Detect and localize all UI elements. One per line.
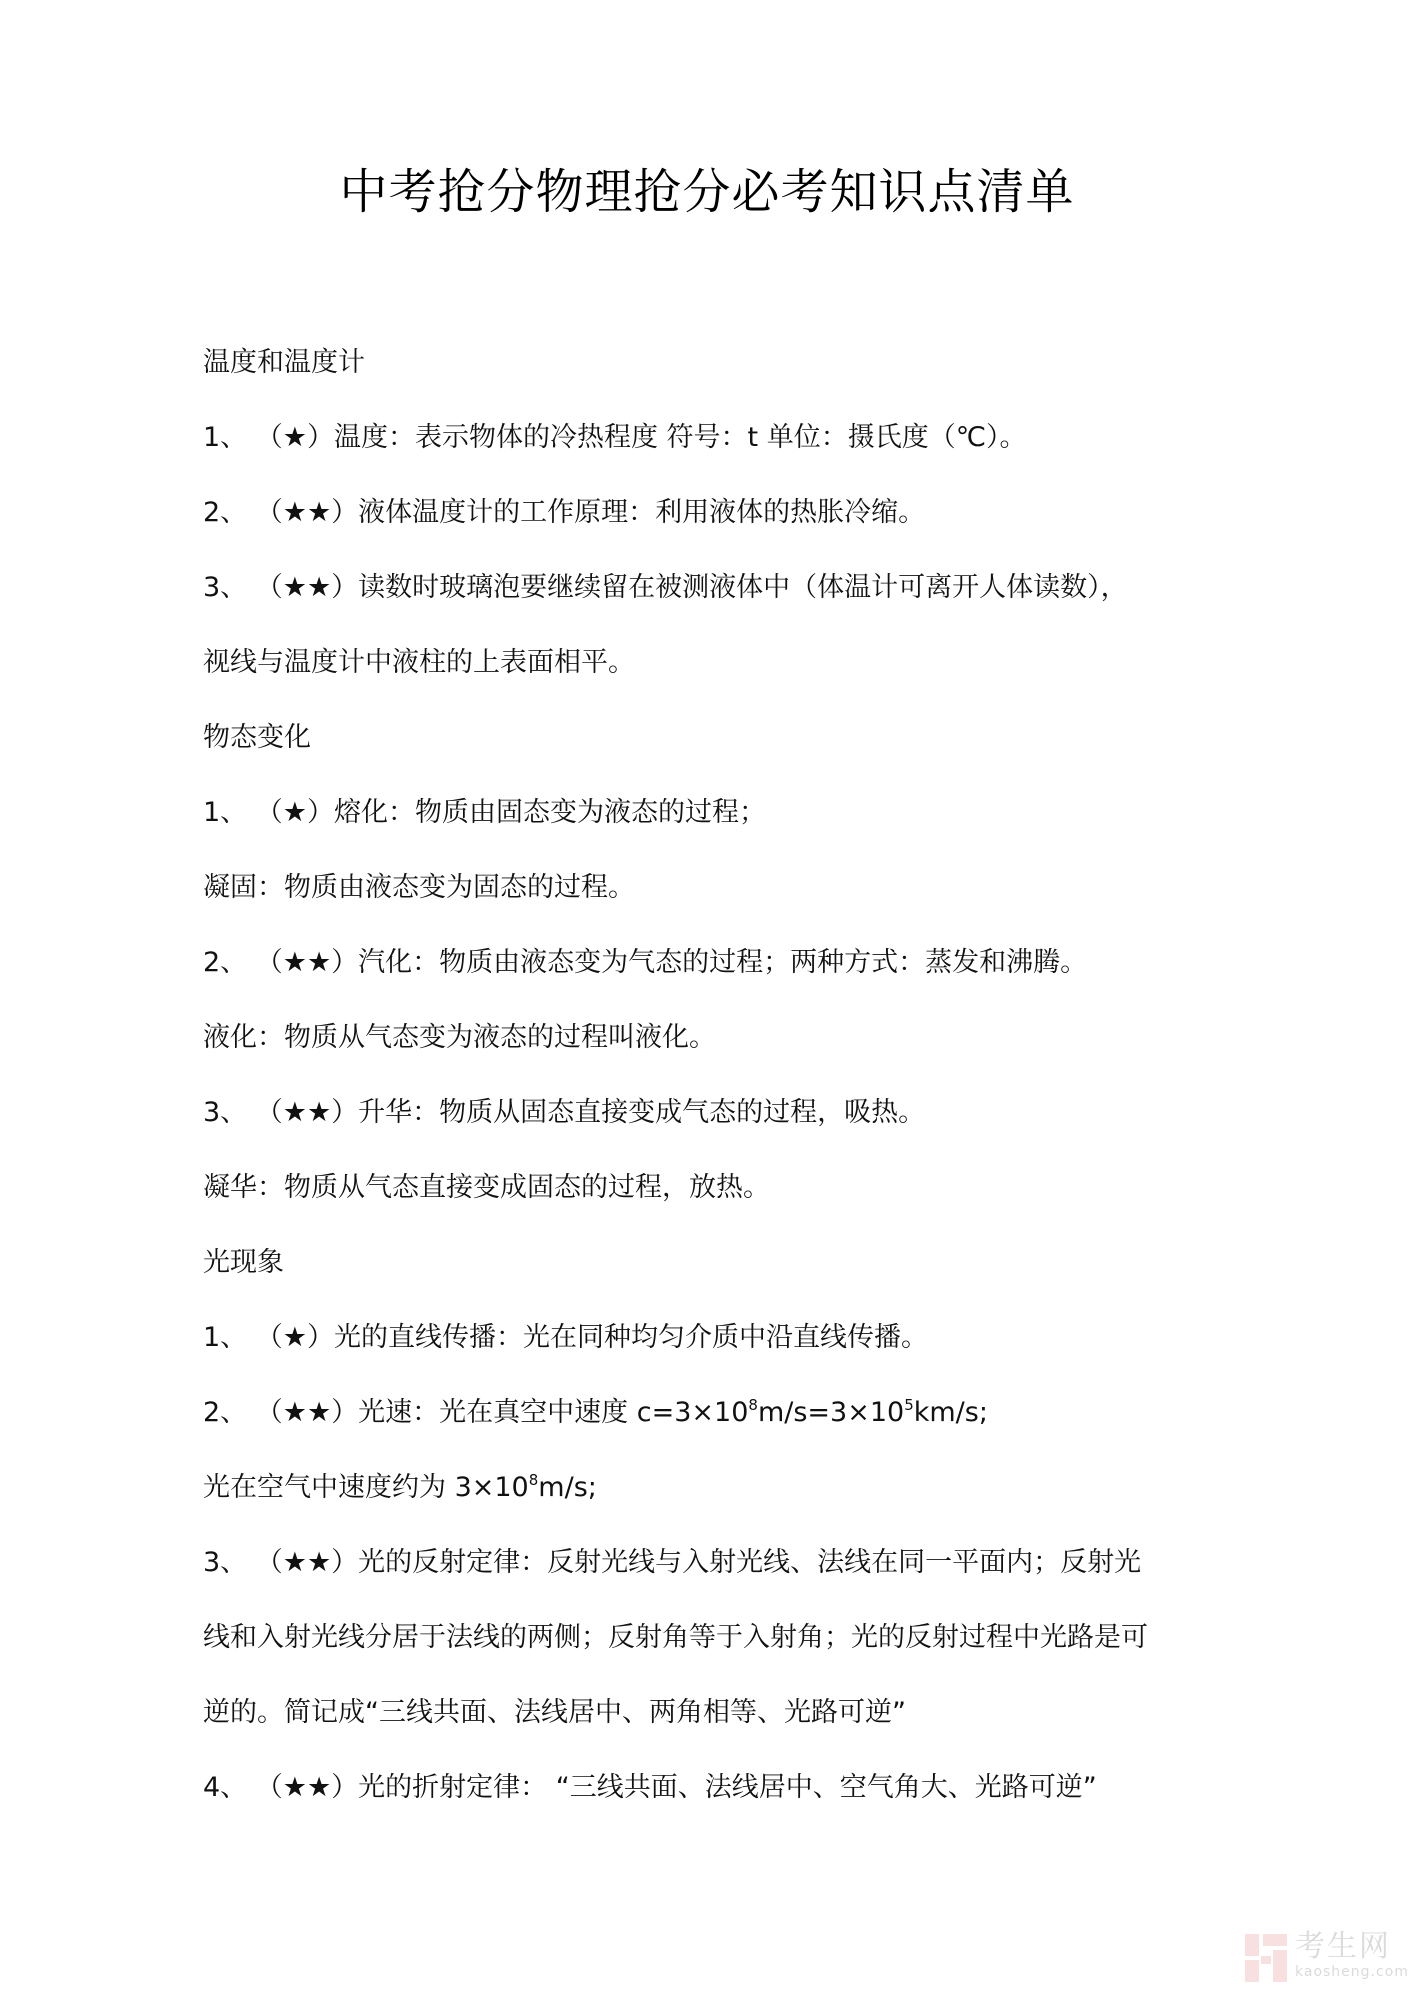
light-speed-suffix: km/s; bbox=[914, 1397, 988, 1428]
list-item-continuation: 逆的。简记成“三线共面、法线居中、两角相等、光路可逆” bbox=[203, 1675, 1213, 1750]
list-item: 2、 （★★）液体温度计的工作原理：利用液体的热胀冷缩。 bbox=[203, 475, 1213, 550]
exponent: 8 bbox=[529, 1471, 539, 1489]
document-title: 中考抢分物理抢分必考知识点清单 bbox=[0, 160, 1414, 224]
section-heading-temperature: 温度和温度计 bbox=[203, 325, 1213, 400]
list-item: 1、 （★）熔化：物质由固态变为液态的过程； bbox=[203, 775, 1213, 850]
document-body: 温度和温度计 1、 （★）温度：表示物体的冷热程度 符号：t 单位：摄氏度（℃）… bbox=[203, 325, 1213, 1825]
list-item: 1、 （★）光的直线传播：光在同种均匀介质中沿直线传播。 bbox=[203, 1300, 1213, 1375]
document-page: 中考抢分物理抢分必考知识点清单 温度和温度计 1、 （★）温度：表示物体的冷热程… bbox=[0, 0, 1414, 2000]
exponent: 5 bbox=[904, 1396, 914, 1414]
list-item-air-speed: 光在空气中速度约为 3×108m/s; bbox=[203, 1450, 1213, 1525]
section-heading-light: 光现象 bbox=[203, 1225, 1213, 1300]
list-item-continuation: 凝华：物质从气态直接变成固态的过程，放热。 bbox=[203, 1150, 1213, 1225]
watermark-name: 考生网 bbox=[1295, 1930, 1391, 1964]
list-item: 3、 （★★）读数时玻璃泡要继续留在被测液体中（体温计可离开人体读数）， bbox=[203, 550, 1213, 625]
list-item-light-speed: 2、 （★★）光速：光在真空中速度 c=3×108m/s=3×105km/s; bbox=[203, 1375, 1213, 1450]
light-speed-mid: m/s=3×10 bbox=[758, 1397, 904, 1428]
list-item: 3、 （★★）光的反射定律：反射光线与入射光线、法线在同一平面内；反射光 bbox=[203, 1525, 1213, 1600]
light-speed-prefix: 2、 （★★）光速：光在真空中速度 c=3×10 bbox=[203, 1397, 748, 1428]
list-item: 3、 （★★）升华：物质从固态直接变成气态的过程，吸热。 bbox=[203, 1075, 1213, 1150]
air-speed-prefix: 光在空气中速度约为 3×10 bbox=[203, 1472, 529, 1503]
kaosheng-logo-icon bbox=[1245, 1934, 1287, 1982]
list-item-continuation: 视线与温度计中液柱的上表面相平。 bbox=[203, 625, 1213, 700]
list-item: 1、 （★）温度：表示物体的冷热程度 符号：t 单位：摄氏度（℃）。 bbox=[203, 400, 1213, 475]
list-item: 2、 （★★）汽化：物质由液态变为气态的过程；两种方式：蒸发和沸腾。 bbox=[203, 925, 1213, 1000]
watermark-domain: kaosheng.com bbox=[1295, 1964, 1409, 1980]
list-item-continuation: 液化：物质从气态变为液态的过程叫液化。 bbox=[203, 1000, 1213, 1075]
exponent: 8 bbox=[748, 1396, 758, 1414]
section-heading-state-change: 物态变化 bbox=[203, 700, 1213, 775]
air-speed-suffix: m/s; bbox=[538, 1472, 597, 1503]
watermark: 考生网 kaosheng.com bbox=[1245, 1930, 1410, 1990]
list-item-continuation: 凝固：物质由液态变为固态的过程。 bbox=[203, 850, 1213, 925]
list-item: 4、 （★★）光的折射定律： “三线共面、法线居中、空气角大、光路可逆” bbox=[203, 1750, 1213, 1825]
list-item-continuation: 线和入射光线分居于法线的两侧；反射角等于入射角；光的反射过程中光路是可 bbox=[203, 1600, 1213, 1675]
